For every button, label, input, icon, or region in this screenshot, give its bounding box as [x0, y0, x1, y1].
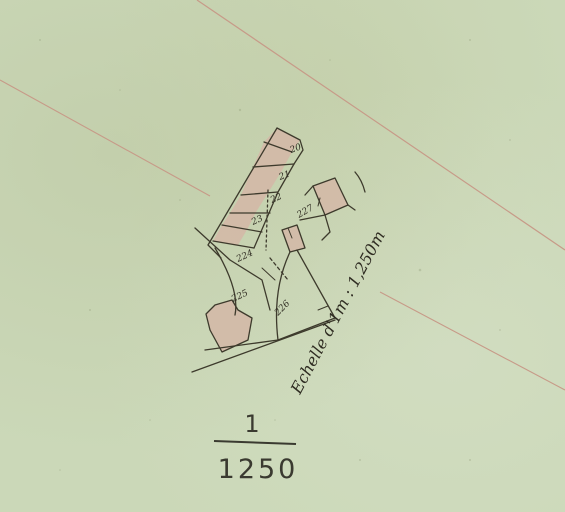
boundary-line-right: [380, 292, 565, 390]
scale-denominator: 1250: [218, 454, 299, 485]
scale-fraction: 1 1250: [214, 410, 298, 485]
parcel-label-22: 22: [268, 192, 284, 206]
paper-texture: [39, 39, 511, 471]
cadastral-map: 20 21 22 23 224 225 226 227 Echelle d'1m…: [0, 0, 565, 512]
arrow-markers: [262, 198, 328, 310]
map-canvas: 20 21 22 23 224 225 226 227 Echelle d'1m…: [0, 0, 565, 512]
parcel-label-226: 226: [272, 299, 292, 319]
fraction-bar: [214, 441, 296, 444]
scale-caption: Echelle d'1m : 1,250m: [286, 227, 389, 397]
boundary-line-left: [0, 80, 210, 196]
scale-numerator: 1: [244, 410, 259, 438]
parcel-label-225: 225: [229, 288, 250, 305]
parcel-label-224: 224: [234, 248, 255, 265]
